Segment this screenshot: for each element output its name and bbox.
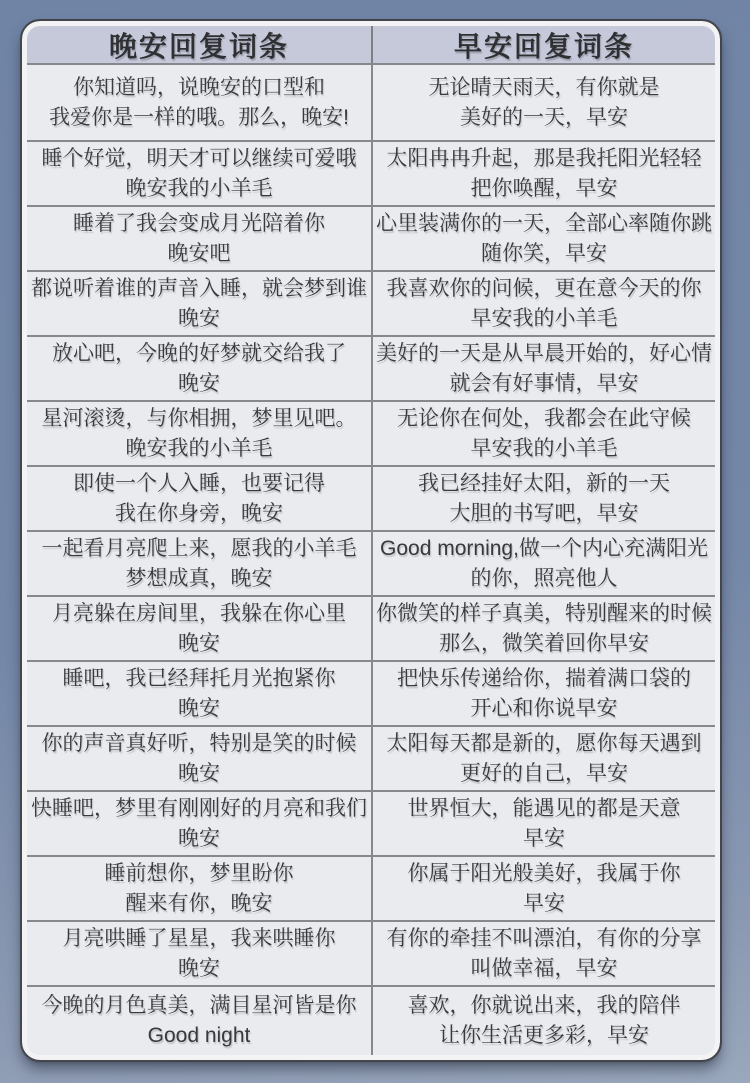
reply-text-line: 晚安 (178, 954, 220, 984)
morning-reply-cell: 你属于阳光般美好，我属于你早安 (371, 857, 715, 920)
night-reply-cell: 你知道吗，说晚安的口型和我爱你是一样的哦。那么，晚安! (27, 65, 371, 140)
reply-text-line: 早安 (523, 889, 565, 919)
table-row: 睡前想你，梦里盼你醒来有你，晚安你属于阳光般美好，我属于你早安 (27, 855, 715, 920)
table-row: 月亮哄睡了星星，我来哄睡你晚安有你的牵挂不叫漂泊，有你的分享叫做幸福，早安 (27, 920, 715, 985)
reply-text-line: 随你笑，早安 (481, 239, 607, 269)
reply-text-line: 晚安 (178, 369, 220, 399)
table-row: 你的声音真好听，特别是笑的时候晚安太阳每天都是新的，愿你每天遇到更好的自己，早安 (27, 725, 715, 790)
morning-reply-cell: 有你的牵挂不叫漂泊，有你的分享叫做幸福，早安 (371, 922, 715, 985)
reply-text-line: 我爱你是一样的哦。那么，晚安! (49, 103, 349, 133)
night-reply-cell: 一起看月亮爬上来，愿我的小羊毛梦想成真，晚安 (27, 532, 371, 595)
night-reply-cell: 睡着了我会变成月光陪着你晚安吧 (27, 207, 371, 270)
header-morning-column: 早安回复词条 (371, 26, 715, 63)
reply-text-line: 早安我的小羊毛 (471, 304, 618, 334)
reply-text-line: 晚安 (178, 759, 220, 789)
reply-text-line: 把快乐传递给你，揣着满口袋的 (397, 664, 691, 694)
reply-text-line: 睡前想你，梦里盼你 (105, 859, 294, 889)
reply-text-line: 晚安吧 (168, 239, 231, 269)
reply-text-line: 睡个好觉，明天才可以继续可爱哦 (42, 144, 357, 174)
reply-text-line: 有你的牵挂不叫漂泊，有你的分享 (387, 924, 702, 954)
reply-text-line: Good morning,做一个内心充满阳光 (380, 534, 708, 564)
morning-reply-cell: 美好的一天是从早晨开始的，好心情就会有好事情，早安 (371, 337, 715, 400)
reply-text-line: 太阳每天都是新的，愿你每天遇到 (387, 729, 702, 759)
morning-reply-cell: 太阳冉冉升起，那是我托阳光轻轻把你唤醒，早安 (371, 142, 715, 205)
table-row: 快睡吧，梦里有刚刚好的月亮和我们晚安世界恒大，能遇见的都是天意早安 (27, 790, 715, 855)
table-row: 睡着了我会变成月光陪着你晚安吧心里装满你的一天，全部心率随你跳随你笑，早安 (27, 205, 715, 270)
morning-reply-cell: 我喜欢你的问候，更在意今天的你早安我的小羊毛 (371, 272, 715, 335)
reply-text-line: 放心吧，今晚的好梦就交给我了 (52, 339, 346, 369)
reply-text-line: 月亮哄睡了星星，我来哄睡你 (63, 924, 336, 954)
table-row: 睡个好觉，明天才可以继续可爱哦晚安我的小羊毛太阳冉冉升起，那是我托阳光轻轻把你唤… (27, 140, 715, 205)
table-row: 睡吧，我已经拜托月光抱紧你晚安把快乐传递给你，揣着满口袋的开心和你说早安 (27, 660, 715, 725)
night-reply-cell: 放心吧，今晚的好梦就交给我了晚安 (27, 337, 371, 400)
night-reply-cell: 即使一个人入睡，也要记得我在你身旁，晚安 (27, 467, 371, 530)
reply-text-line: 美好的一天，早安 (460, 103, 628, 133)
reply-text-line: 月亮躲在房间里，我躲在你心里 (52, 599, 346, 629)
reply-text-line: 快睡吧，梦里有刚刚好的月亮和我们 (31, 794, 367, 824)
table-row: 都说听着谁的声音入睡，就会梦到谁晚安我喜欢你的问候，更在意今天的你早安我的小羊毛 (27, 270, 715, 335)
reply-text-line: 世界恒大，能遇见的都是天意 (408, 794, 681, 824)
morning-reply-cell: 世界恒大，能遇见的都是天意早安 (371, 792, 715, 855)
reply-text-line: 我已经挂好太阳，新的一天 (418, 469, 670, 499)
reply-text-line: 醒来有你，晚安 (126, 889, 273, 919)
reply-text-line: 一起看月亮爬上来，愿我的小羊毛 (42, 534, 357, 564)
reply-text-line: 的你，照亮他人 (471, 564, 618, 594)
reply-text-line: 太阳冉冉升起，那是我托阳光轻轻 (387, 144, 702, 174)
morning-reply-cell: 心里装满你的一天，全部心率随你跳随你笑，早安 (371, 207, 715, 270)
night-reply-cell: 快睡吧，梦里有刚刚好的月亮和我们晚安 (27, 792, 371, 855)
reply-text-line: 无论晴天雨天，有你就是 (429, 73, 660, 103)
morning-reply-cell: 你微笑的样子真美，特别醒来的时候那么，微笑着回你早安 (371, 597, 715, 660)
morning-reply-cell: 无论你在何处，我都会在此守候早安我的小羊毛 (371, 402, 715, 465)
table-body: 你知道吗，说晚安的口型和我爱你是一样的哦。那么，晚安!无论晴天雨天，有你就是美好… (27, 63, 715, 1055)
table-row: 今晚的月色真美，满目星河皆是你Good night喜欢，你就说出来，我的陪伴让你… (27, 985, 715, 1055)
reply-text-line: 今晚的月色真美，满目星河皆是你 (42, 991, 357, 1021)
night-reply-cell: 月亮哄睡了星星，我来哄睡你晚安 (27, 922, 371, 985)
reply-text-line: 你知道吗，说晚安的口型和 (73, 73, 325, 103)
night-reply-cell: 你的声音真好听，特别是笑的时候晚安 (27, 727, 371, 790)
morning-reply-cell: 我已经挂好太阳，新的一天大胆的书写吧，早安 (371, 467, 715, 530)
morning-reply-cell: 太阳每天都是新的，愿你每天遇到更好的自己，早安 (371, 727, 715, 790)
header-night-column: 晚安回复词条 (27, 26, 371, 63)
reply-text-line: 梦想成真，晚安 (126, 564, 273, 594)
reply-text-line: 无论你在何处，我都会在此守候 (397, 404, 691, 434)
reply-text-line: 晚安我的小羊毛 (126, 174, 273, 204)
table-row: 即使一个人入睡，也要记得我在你身旁，晚安我已经挂好太阳，新的一天大胆的书写吧，早… (27, 465, 715, 530)
table-row: 一起看月亮爬上来，愿我的小羊毛梦想成真，晚安Good morning,做一个内心… (27, 530, 715, 595)
night-reply-cell: 睡吧，我已经拜托月光抱紧你晚安 (27, 662, 371, 725)
night-reply-cell: 都说听着谁的声音入睡，就会梦到谁晚安 (27, 272, 371, 335)
reply-table-card: 晚安回复词条 早安回复词条 你知道吗，说晚安的口型和我爱你是一样的哦。那么，晚安… (22, 21, 720, 1060)
reply-text-line: 心里装满你的一天，全部心率随你跳 (376, 209, 712, 239)
reply-text-line: 美好的一天是从早晨开始的，好心情 (376, 339, 712, 369)
reply-text-line: 那么，微笑着回你早安 (439, 629, 649, 659)
table-row: 放心吧，今晚的好梦就交给我了晚安美好的一天是从早晨开始的，好心情就会有好事情，早… (27, 335, 715, 400)
reply-text-line: 我喜欢你的问候，更在意今天的你 (387, 274, 702, 304)
reply-text-line: 晚安 (178, 694, 220, 724)
night-reply-cell: 今晚的月色真美，满目星河皆是你Good night (27, 987, 371, 1055)
reply-text-line: 晚安我的小羊毛 (126, 434, 273, 464)
night-reply-cell: 月亮躲在房间里，我躲在你心里晚安 (27, 597, 371, 660)
morning-reply-cell: 把快乐传递给你，揣着满口袋的开心和你说早安 (371, 662, 715, 725)
table-header-row: 晚安回复词条 早安回复词条 (27, 26, 715, 63)
night-reply-cell: 睡个好觉，明天才可以继续可爱哦晚安我的小羊毛 (27, 142, 371, 205)
morning-reply-cell: Good morning,做一个内心充满阳光的你，照亮他人 (371, 532, 715, 595)
reply-text-line: 睡吧，我已经拜托月光抱紧你 (63, 664, 336, 694)
reply-text-line: 晚安 (178, 824, 220, 854)
reply-text-line: 晚安 (178, 629, 220, 659)
reply-text-line: 都说听着谁的声音入睡，就会梦到谁 (31, 274, 367, 304)
morning-reply-cell: 喜欢，你就说出来，我的陪伴让你生活更多彩，早安 (371, 987, 715, 1055)
page-background: 晚安回复词条 早安回复词条 你知道吗，说晚安的口型和我爱你是一样的哦。那么，晚安… (0, 0, 750, 1083)
reply-text-line: 就会有好事情，早安 (450, 369, 639, 399)
table-row: 星河滚烫，与你相拥，梦里见吧。晚安我的小羊毛无论你在何处，我都会在此守候早安我的… (27, 400, 715, 465)
morning-reply-cell: 无论晴天雨天，有你就是美好的一天，早安 (371, 65, 715, 140)
reply-text-line: 星河滚烫，与你相拥，梦里见吧。 (42, 404, 357, 434)
reply-text-line: 大胆的书写吧，早安 (450, 499, 639, 529)
reply-text-line: 让你生活更多彩，早安 (439, 1021, 649, 1051)
reply-text-line: 叫做幸福，早安 (471, 954, 618, 984)
reply-text-line: 早安我的小羊毛 (471, 434, 618, 464)
reply-text-line: 晚安 (178, 304, 220, 334)
reply-text-line: 你微笑的样子真美，特别醒来的时候 (376, 599, 712, 629)
reply-text-line: 你属于阳光般美好，我属于你 (408, 859, 681, 889)
table-row: 月亮躲在房间里，我躲在你心里晚安你微笑的样子真美，特别醒来的时候那么，微笑着回你… (27, 595, 715, 660)
reply-text-line: 我在你身旁，晚安 (115, 499, 283, 529)
night-reply-cell: 星河滚烫，与你相拥，梦里见吧。晚安我的小羊毛 (27, 402, 371, 465)
night-reply-cell: 睡前想你，梦里盼你醒来有你，晚安 (27, 857, 371, 920)
reply-text-line: Good night (148, 1021, 251, 1051)
reply-text-line: 即使一个人入睡，也要记得 (73, 469, 325, 499)
reply-text-line: 把你唤醒，早安 (471, 174, 618, 204)
reply-text-line: 开心和你说早安 (471, 694, 618, 724)
reply-text-line: 喜欢，你就说出来，我的陪伴 (408, 991, 681, 1021)
table-row: 你知道吗，说晚安的口型和我爱你是一样的哦。那么，晚安!无论晴天雨天，有你就是美好… (27, 63, 715, 140)
reply-text-line: 你的声音真好听，特别是笑的时候 (42, 729, 357, 759)
reply-text-line: 更好的自己，早安 (460, 759, 628, 789)
reply-text-line: 睡着了我会变成月光陪着你 (73, 209, 325, 239)
reply-text-line: 早安 (523, 824, 565, 854)
